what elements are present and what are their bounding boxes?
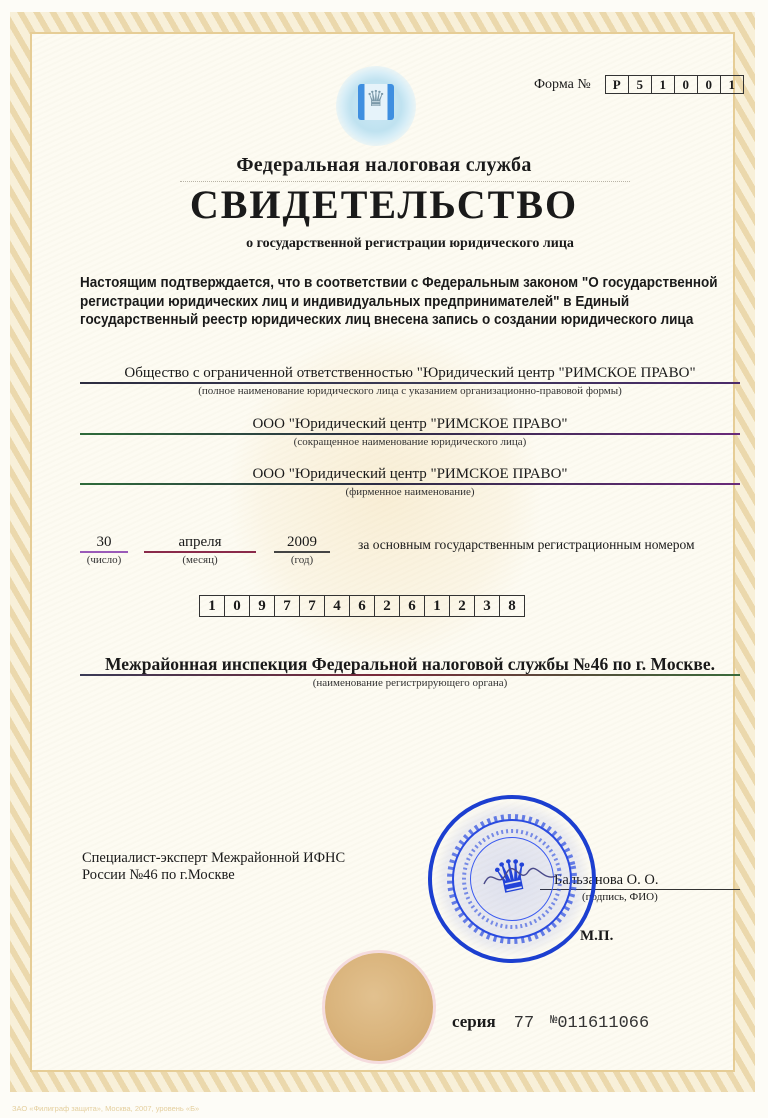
form-code-char: 0 bbox=[698, 76, 721, 93]
signer-position-line1: Специалист-эксперт Межрайонной ИФНС bbox=[82, 850, 345, 867]
authority-caption: (наименование регистрирующего органа) bbox=[80, 676, 740, 691]
brand-name-value: ООО "Юридический центр "РИМСКОЕ ПРАВО" bbox=[80, 465, 740, 483]
hologram-emblem-icon: ♛ bbox=[336, 66, 416, 146]
hologram-eagle-icon: ♛ bbox=[366, 86, 386, 112]
date-month: апреля (месяц) bbox=[144, 534, 256, 568]
short-name-value: ООО "Юридический центр "РИМСКОЕ ПРАВО" bbox=[80, 415, 740, 433]
ogrn-digit: 6 bbox=[350, 596, 375, 616]
full-name-value: Общество с ограниченной ответственностью… bbox=[80, 364, 740, 382]
ogrn-digit: 8 bbox=[500, 596, 524, 616]
date-year: 2009 (год) bbox=[274, 534, 330, 568]
series-number: серия 77 №011611066 bbox=[452, 1012, 649, 1033]
ogrn-digit: 1 bbox=[200, 596, 225, 616]
ogrn-digit: 4 bbox=[325, 596, 350, 616]
form-code-char: 1 bbox=[652, 76, 675, 93]
ogrn-digit: 3 bbox=[475, 596, 500, 616]
registering-authority: Межрайонная инспекция Федеральной налого… bbox=[80, 654, 740, 691]
ogrn-digit: 1 bbox=[425, 596, 450, 616]
series-label: серия bbox=[452, 1012, 496, 1032]
intro-paragraph: Настоящим подтверждается, что в соответс… bbox=[80, 274, 745, 330]
form-code-char: Р bbox=[606, 76, 629, 93]
date-day-caption: (число) bbox=[80, 553, 128, 568]
document-title: СВИДЕТЕЛЬСТВО bbox=[0, 181, 768, 228]
ogrn-digit: 0 bbox=[225, 596, 250, 616]
form-number: Форма № Р 5 1 0 0 1 bbox=[534, 75, 744, 94]
ogrn-boxes: 1 0 9 7 7 4 6 2 6 1 2 3 8 bbox=[199, 595, 525, 617]
form-code-char: 5 bbox=[629, 76, 652, 93]
authority-name: Межрайонная инспекция Федеральной налого… bbox=[80, 654, 740, 674]
date-month-caption: (месяц) bbox=[144, 553, 256, 568]
signer-position: Специалист-эксперт Межрайонной ИФНС Росс… bbox=[82, 850, 345, 884]
date-year-caption: (год) bbox=[274, 553, 330, 568]
full-name-caption: (полное наименование юридического лица с… bbox=[80, 384, 740, 399]
serial-number-value: 011611066 bbox=[557, 1014, 649, 1033]
gold-seal-icon bbox=[325, 953, 433, 1061]
ogrn-digit: 2 bbox=[375, 596, 400, 616]
ogrn-digit: 2 bbox=[450, 596, 475, 616]
date-day-value: 30 bbox=[80, 534, 128, 551]
short-name-field: ООО "Юридический центр "РИМСКОЕ ПРАВО" (… bbox=[80, 415, 740, 450]
ogrn-intro-text: за основным государственным регистрацион… bbox=[358, 537, 695, 553]
brand-name-field: ООО "Юридический центр "РИМСКОЕ ПРАВО" (… bbox=[80, 465, 740, 500]
ogrn-digit: 7 bbox=[275, 596, 300, 616]
form-code-boxes: Р 5 1 0 0 1 bbox=[605, 75, 744, 94]
ogrn-digit: 9 bbox=[250, 596, 275, 616]
form-number-label: Форма № bbox=[534, 77, 591, 93]
handwritten-signature-icon bbox=[480, 862, 560, 892]
date-month-value: апреля bbox=[144, 534, 256, 551]
short-name-caption: (сокращенное наименование юридического л… bbox=[80, 435, 740, 450]
brand-name-caption: (фирменное наименование) bbox=[80, 485, 740, 500]
registration-date: 30 (число) апреля (месяц) 2009 (год) за … bbox=[80, 534, 760, 574]
signer-position-line2: России №46 по г.Москве bbox=[82, 867, 345, 884]
series-value: 77 bbox=[514, 1014, 534, 1033]
form-code-char: 1 bbox=[721, 76, 743, 93]
document-subtitle: о государственной регистрации юридическо… bbox=[0, 236, 768, 252]
seal-place-mark: М.П. bbox=[580, 928, 613, 945]
form-code-char: 0 bbox=[675, 76, 698, 93]
ogrn-digit: 7 bbox=[300, 596, 325, 616]
date-year-value: 2009 bbox=[274, 534, 330, 551]
printer-note: ЗАО «Филиграф защита», Москва, 2007, уро… bbox=[12, 1104, 199, 1113]
date-day: 30 (число) bbox=[80, 534, 128, 568]
full-name-field: Общество с ограниченной ответственностью… bbox=[80, 364, 740, 399]
agency-name: Федеральная налоговая служба bbox=[0, 154, 768, 177]
serial-number: №011611066 bbox=[550, 1013, 649, 1033]
ogrn-digit: 6 bbox=[400, 596, 425, 616]
